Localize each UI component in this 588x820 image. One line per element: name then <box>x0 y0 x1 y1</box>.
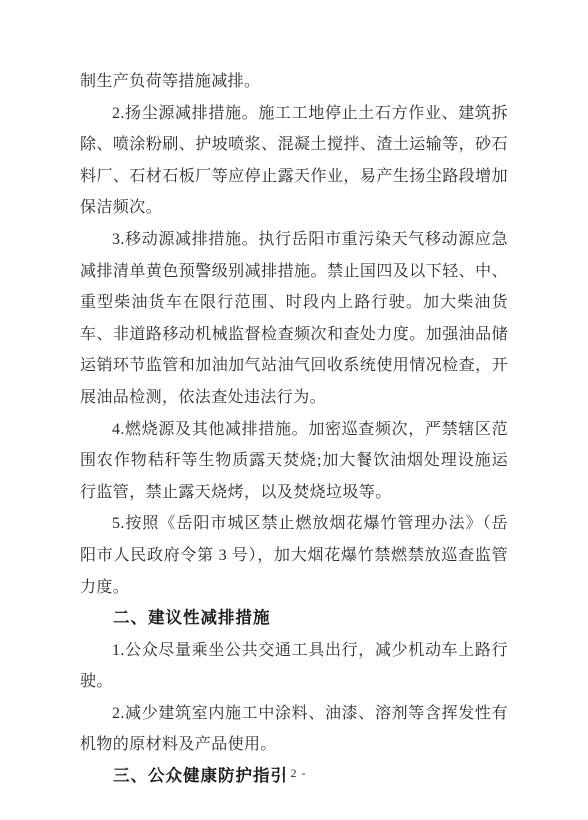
page-number: - 2 - <box>0 766 588 781</box>
paragraph-combustion-source-measures: 4.燃烧源及其他减排措施。加密巡查频次，严禁辖区范围农作物秸秆等生物质露天焚烧;… <box>80 414 508 509</box>
paragraph-public-transport: 1.公众尽量乘坐公共交通工具出行，减少机动车上路行驶。 <box>80 635 508 698</box>
paragraph-mobile-source-measures: 3.移动源减排措施。执行岳阳市重污染天气移动源应急减排清单黄色预警级别减排措施。… <box>80 224 508 414</box>
document-body: 制生产负荷等措施减排。 2.扬尘源减排措施。施工工地停止土石方作业、建筑拆除、喷… <box>80 66 508 793</box>
paragraph-dust-source-measures: 2.扬尘源减排措施。施工工地停止土石方作业、建筑拆除、喷涂粉刷、护坡喷浆、混凝土… <box>80 98 508 224</box>
paragraph-fireworks-measures: 5.按照《岳阳市城区禁止燃放烟花爆竹管理办法》（岳阳市人民政府令第 3 号），加… <box>80 508 508 603</box>
document-page: 制生产负荷等措施减排。 2.扬尘源减排措施。施工工地停止土石方作业、建筑拆除、喷… <box>0 0 588 820</box>
paragraph-continuation: 制生产负荷等措施减排。 <box>80 66 508 98</box>
paragraph-voc-materials: 2.减少建筑室内施工中涂料、油漆、溶剂等含挥发性有机物的原材料及产品使用。 <box>80 698 508 761</box>
section-heading-suggested-measures: 二、建议性减排措施 <box>80 603 508 635</box>
